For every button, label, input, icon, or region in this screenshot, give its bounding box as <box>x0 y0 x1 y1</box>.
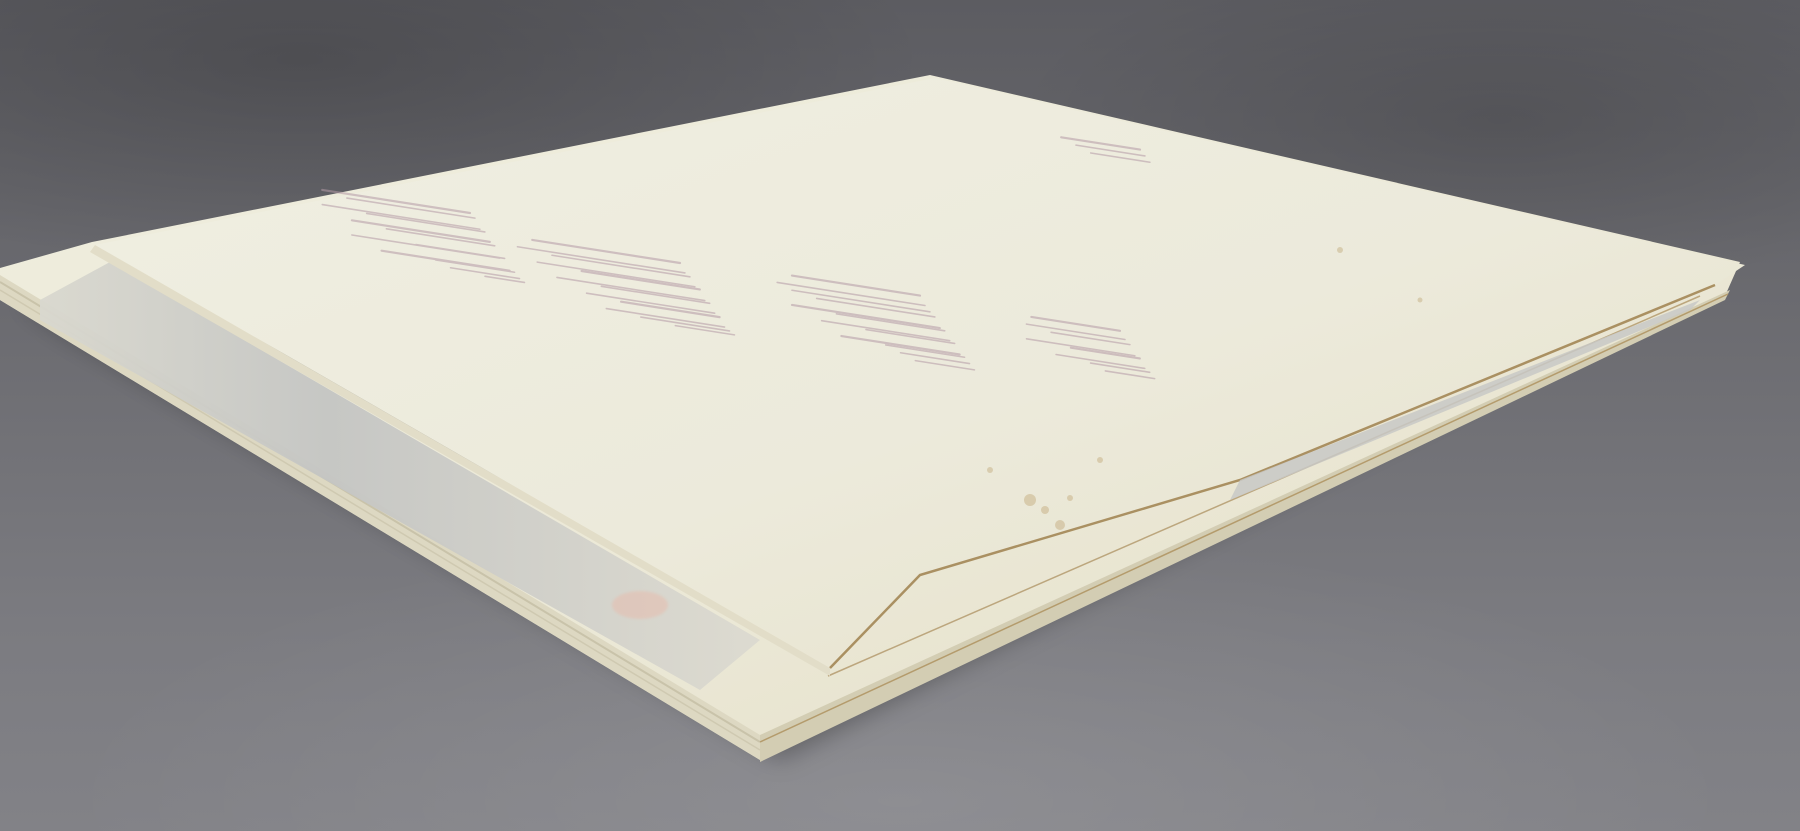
album-scene <box>0 0 1800 831</box>
